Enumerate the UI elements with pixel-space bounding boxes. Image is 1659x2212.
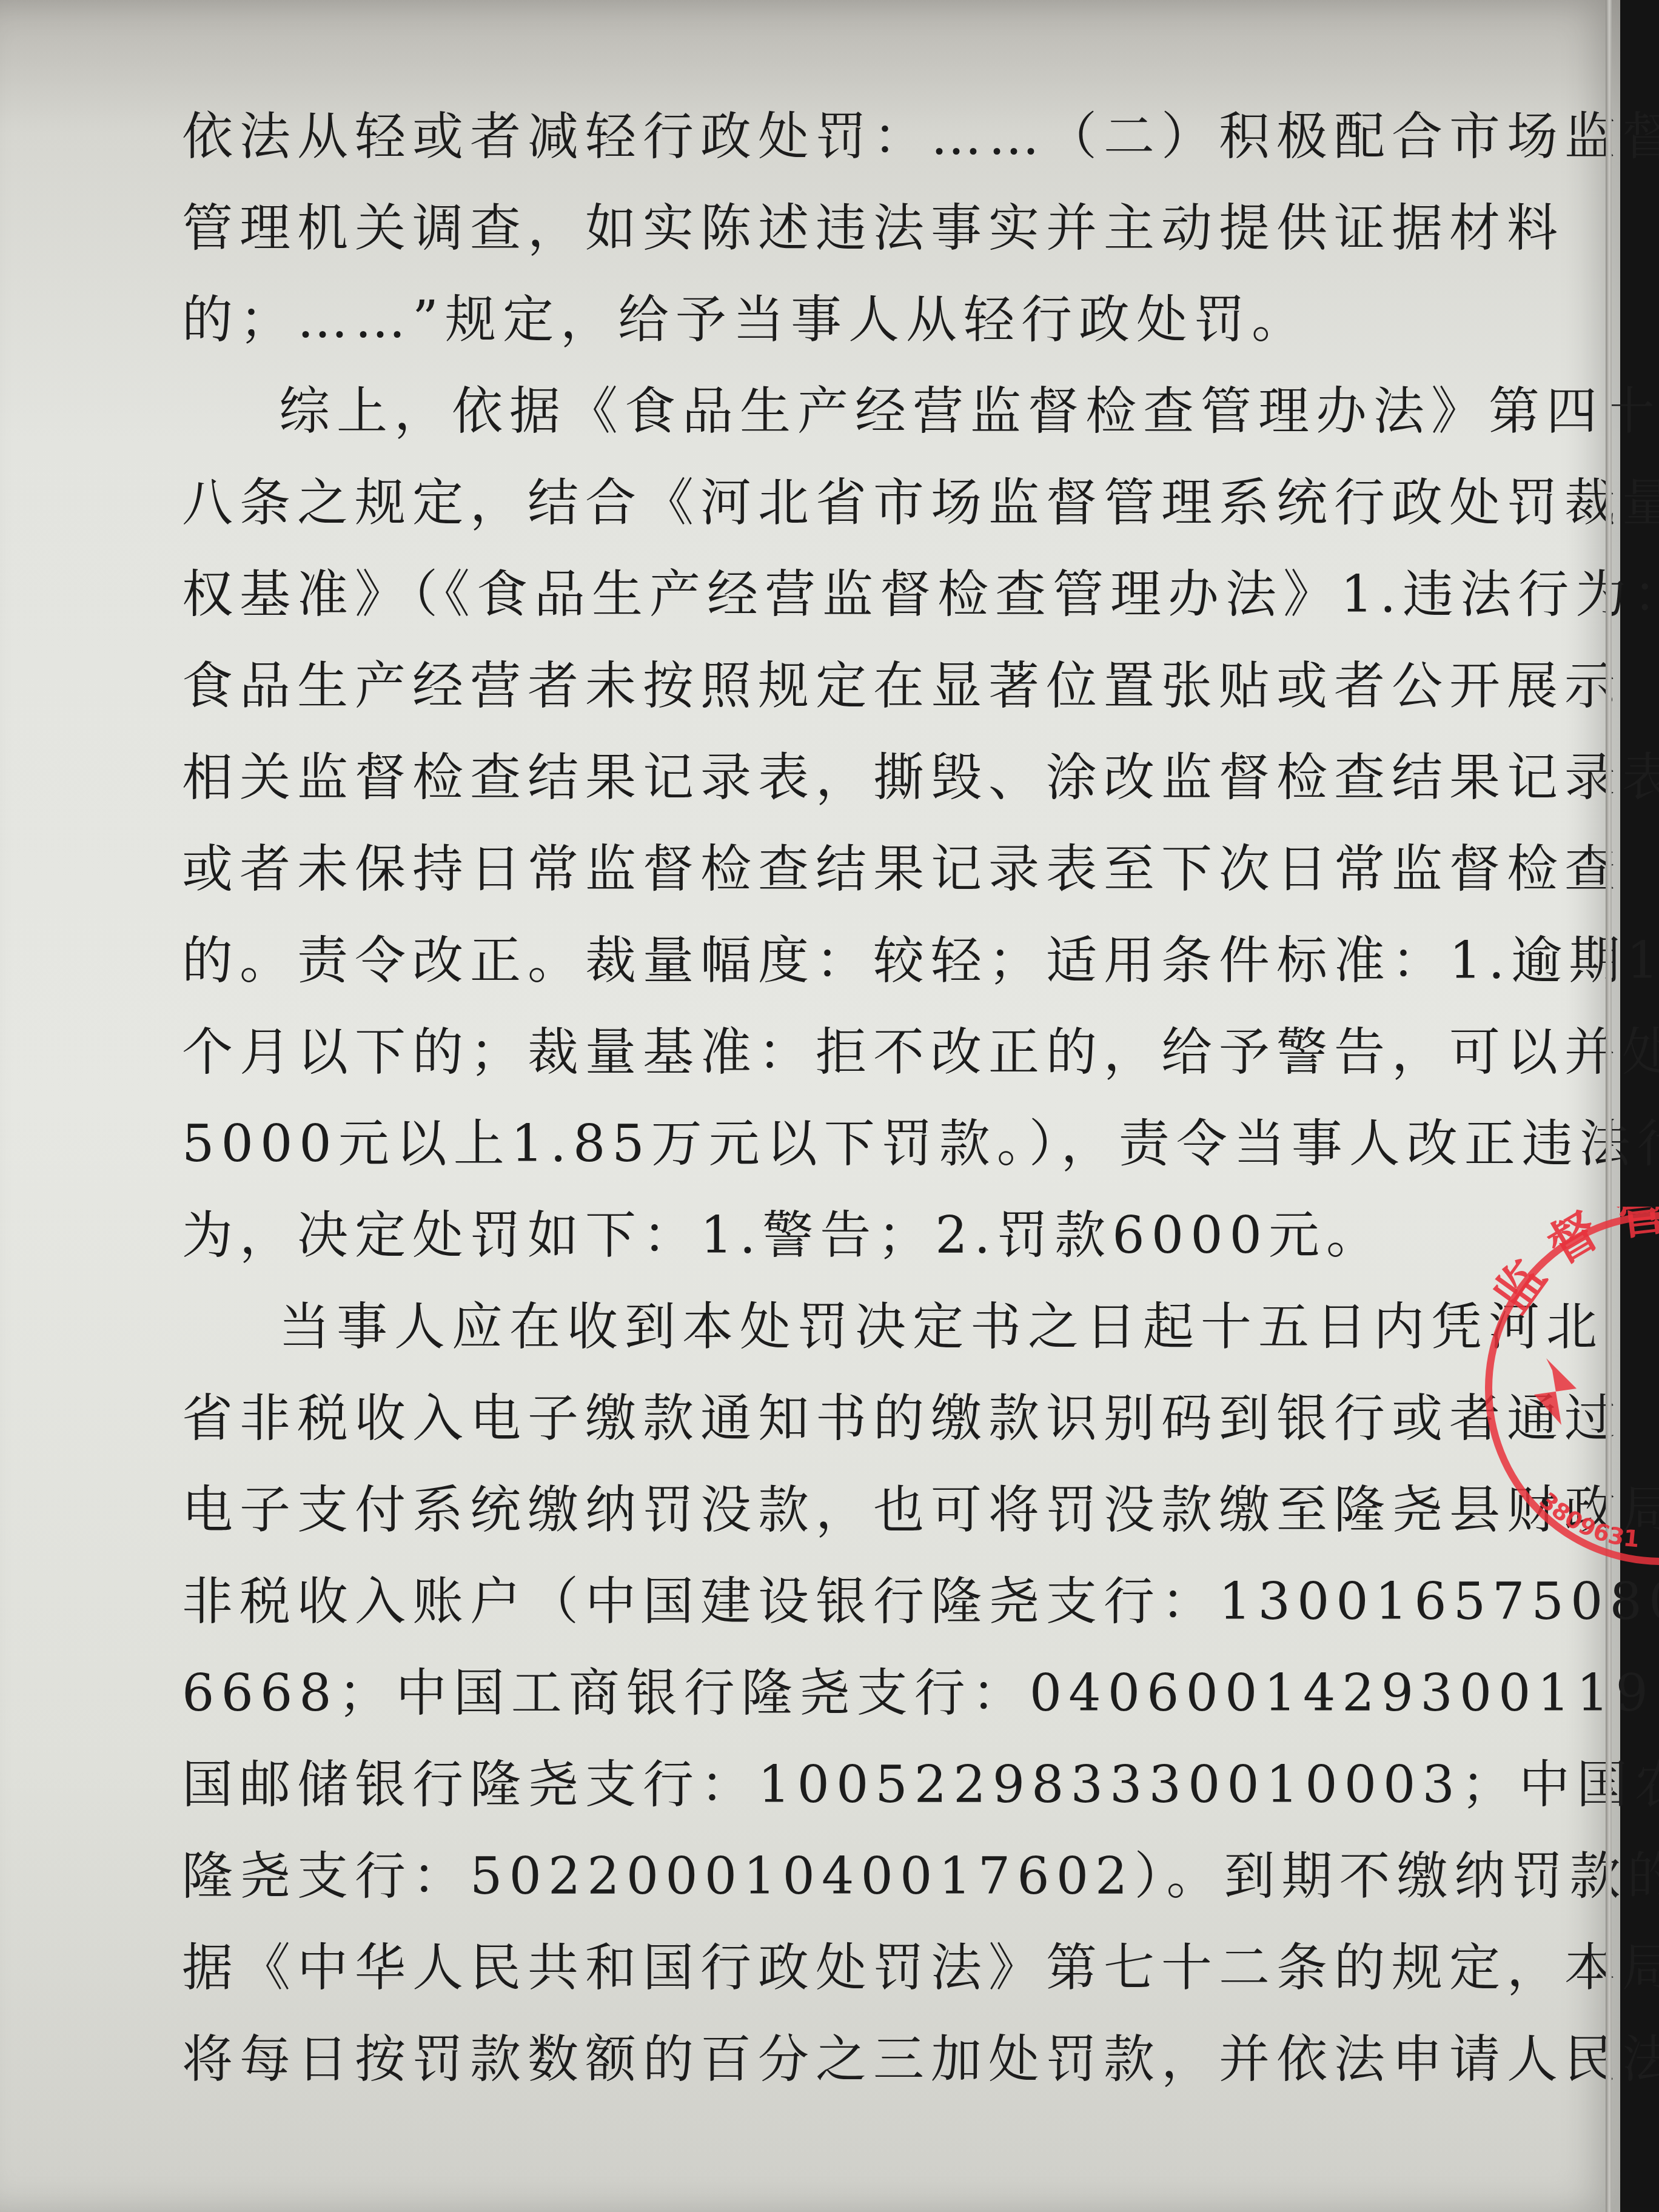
text-line: 6668；中国工商银行隆尧支行：0406001429300119547；中 [182, 1647, 1431, 1739]
text-line: 食品生产经营者未按照规定在显著位置张贴或者公开展示 [182, 640, 1431, 732]
text-line: 依法从轻或者减轻行政处罚：……（二）积极配合市场监督 [182, 91, 1431, 183]
text-line: 权基准》（《食品生产经营监督检查管理办法》1.违法行为： [182, 549, 1431, 640]
text-line: 据《中华人民共和国行政处罚法》第七十二条的规定，本局 [182, 1922, 1431, 2014]
text-line: 的；……”规定，给予当事人从轻行政处罚。 [182, 274, 1431, 366]
text-line: 电子支付系统缴纳罚没款，也可将罚没款缴至隆尧县财政局 [182, 1464, 1431, 1556]
text-line: 5000元以上1.85万元以下罚款。），责令当事人改正违法行 [182, 1098, 1431, 1190]
text-line: 省非税收入电子缴款通知书的缴款识别码到银行或者通过 [182, 1373, 1431, 1464]
text-line: 或者未保持日常监督检查结果记录表至下次日常监督检查 [182, 823, 1431, 915]
text-line: 非税收入账户（中国建设银行隆尧支行：1300165750805866 [182, 1556, 1431, 1647]
text-line: 将每日按罚款数额的百分之三加处罚款，并依法申请人民法 [182, 2014, 1431, 2105]
text-line: 隆尧支行：50220001040017602）。到期不缴纳罚款的，依 [182, 1831, 1431, 1922]
document-body: 依法从轻或者减轻行政处罚：……（二）积极配合市场监督管理机关调查，如实陈述违法事… [182, 91, 1431, 2105]
document-page: 依法从轻或者减轻行政处罚：……（二）积极配合市场监督管理机关调查，如实陈述违法事… [0, 0, 1620, 2212]
text-line: 管理机关调查，如实陈述违法事实并主动提供证据材料 [182, 183, 1431, 274]
text-line: 八条之规定，结合《河北省市场监督管理系统行政处罚裁量 [182, 457, 1431, 549]
text-line: 相关监督检查结果记录表，撕毁、涂改监督检查结果记录表， [182, 732, 1431, 823]
page-edge [1606, 0, 1612, 2212]
text-line: 国邮储银行隆尧支行：100522983330010003；中国农业银行 [182, 1739, 1431, 1831]
text-line: 个月以下的；裁量基准：拒不改正的，给予警告，可以并处 [182, 1007, 1431, 1098]
text-line: 综上，依据《食品生产经营监督检查管理办法》第四十 [182, 366, 1431, 457]
text-line: 为，决定处罚如下：1.警告；2.罚款6000元。 [182, 1190, 1431, 1281]
text-line: 的。责令改正。裁量幅度：较轻；适用条件标准：1.逾期1 [182, 915, 1431, 1007]
text-line: 当事人应在收到本处罚决定书之日起十五日内凭河北 [182, 1281, 1431, 1373]
